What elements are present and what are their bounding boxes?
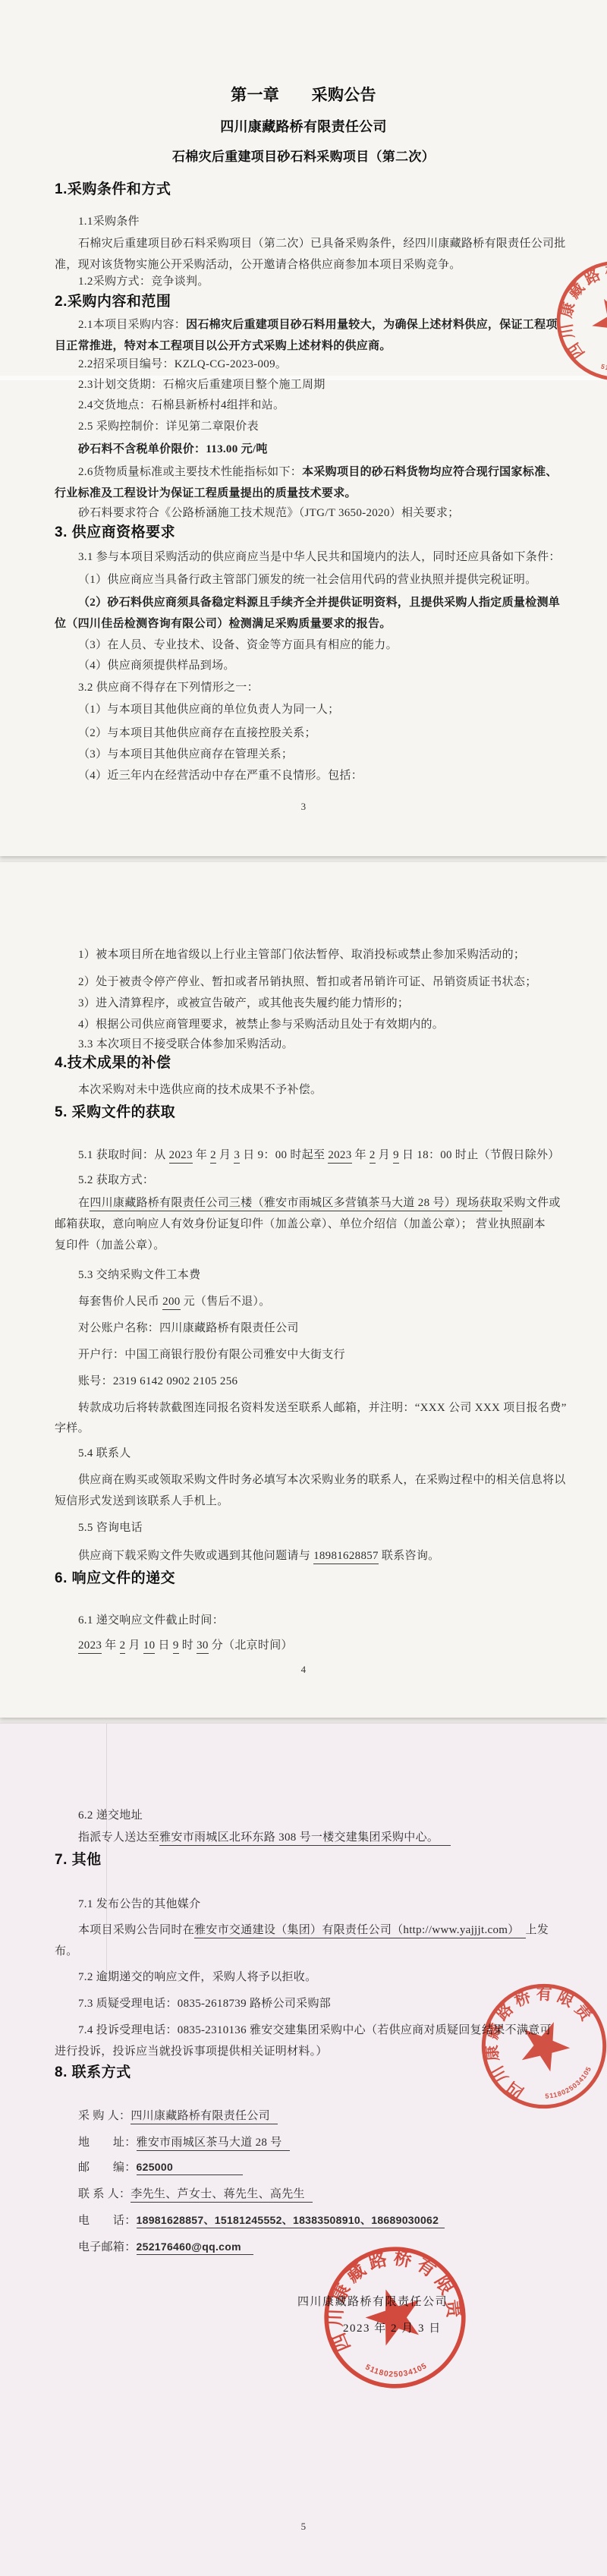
page-number-5: 5 <box>0 2519 607 2534</box>
clause-7-2: 7.2 逾期递交的响应文件，采购人将予以拒收。 <box>78 1970 316 1985</box>
document-fee-line: 每套售价人民币 200 元（售后不退）。 <box>78 1294 271 1310</box>
clause-2-1-line-1: 2.1本项目采购内容：因石棉灾后重建项目砂石料用量较大，为确保上述材料供应，保证… <box>78 317 558 332</box>
underlined-address: 四川康藏路桥有限责任公司三楼（雅安市雨城区多营镇茶马大道 28 号）现场获取 <box>90 1196 502 1211</box>
text-run: 本项目采购公告同时在 <box>78 1924 194 1936</box>
text-run: 时 <box>179 1639 197 1652</box>
clause-3-3: 3.3 本次项目不接受联合体参加采购活动。 <box>78 1037 294 1052</box>
clause-3-2: 3.2 供应商不得存在下列情形之一： <box>78 680 259 695</box>
project-title: 石棉灾后重建项目砂石料采购项目（第二次） <box>0 150 607 165</box>
contact-row-address: 地 址：雅安市雨城区茶马大道 28 号 <box>78 2135 290 2151</box>
clause-1-1-text-line-2: 准，现对该货物实施公开采购活动，公开邀请合格供应商参加本项目采购竞争。 <box>55 257 461 272</box>
page-3: 6.2 递交地址 指派专人送达至雅安市雨城区北环东路 308 号一楼交建集团采购… <box>0 1723 607 2576</box>
spec-requirement: 砂石料要求符合《公路桥涵施工技术规范》（JTG/T 3650-2020）相关要求… <box>78 505 459 521</box>
company-title: 四川康藏路桥有限责任公司 <box>0 119 607 134</box>
clause-5-5: 5.5 咨询电话 <box>78 1520 143 1535</box>
clause-5-1-obtain-time: 5.1 获取时间：从 2023 年 2 月 3 日 9：00 时起至 2023 … <box>78 1148 560 1164</box>
clause-5-2-text-line-1: 在四川康藏路桥有限责任公司三楼（雅安市雨城区多营镇茶马大道 28 号）现场获取采… <box>78 1195 561 1211</box>
transfer-note-line-2: 字样。 <box>55 1421 90 1436</box>
page-1: 第一章 采购公告 四川康藏路桥有限责任公司 石棉灾后重建项目砂石料采购项目（第二… <box>0 0 607 856</box>
section-2-heading: 2.采购内容和范围 <box>55 294 171 310</box>
text-run: 年 <box>352 1149 370 1161</box>
seal-star-icon <box>359 2281 429 2349</box>
clause-5-3: 5.3 交纳采购文件工本费 <box>78 1268 200 1283</box>
clause-3-1: 3.1 参与本项目采购活动的供应商应当是中华人民共和国境内的法人，同时还应具备如… <box>78 550 561 565</box>
clause-6-1: 6.1 递交响应文件截止时间： <box>78 1613 224 1628</box>
contact-label: 电子邮箱： <box>78 2241 137 2253</box>
contact-value: 四川康藏路桥有限责任公司 <box>131 2109 278 2124</box>
underlined-day: 9 <box>393 1148 399 1164</box>
deadline-line: 2023 年 2 月 10 日 9 时 30 分（北京时间） <box>78 1638 293 1654</box>
underlined-fee: 200 <box>162 1295 180 1310</box>
clause-2-2-project-code: 2.2招采项目编号：KZLQ-CG-2023-009。 <box>78 357 287 372</box>
section-7-heading: 7. 其他 <box>55 1853 102 1868</box>
clause-5-4: 5.4 联系人 <box>78 1446 131 1461</box>
section-8-heading: 8. 联系方式 <box>55 2065 131 2080</box>
page-number-3: 3 <box>0 799 607 814</box>
clause-5-4-text-line-2: 短信形式发送到该联系人手机上。 <box>55 1494 229 1509</box>
contact-value: 625000 <box>137 2160 243 2175</box>
clause-7-3-query-phone: 7.3 质疑受理电话：0835-2618739 路桥公司采购部 <box>78 1996 331 2011</box>
clause-5-4-text-line-1: 供应商在购买或领取采购文件时务必填写本次采购业务的联系人，在采购过程中的相关信息… <box>78 1472 566 1488</box>
text-run: 日 18：00 时止（节假日除外） <box>399 1149 560 1161</box>
text-run: 2.1本项目采购内容： <box>78 319 186 331</box>
svg-text:四川康藏路桥有限责任公司: 四川康藏路桥有限责任公司 <box>302 2225 469 2368</box>
text-run-bold: 本采购项目的砂石料货物均应符合现行国家标准、 <box>302 466 558 478</box>
contact-value: 李先生、芦女士、蒋先生、高先生 <box>131 2187 313 2203</box>
text-run: 供应商下载采购文件失败或遇到其他问题请与 <box>78 1550 313 1562</box>
transfer-note-line-1: 转款成功后将转款截图连同报名资料发送至联系人邮箱，并注明：“XXX 公司 XXX… <box>78 1400 567 1416</box>
restriction-item-1: （1）与本项目其他供应商的单位负责人为同一人； <box>78 702 339 717</box>
underlined-month: 2 <box>370 1148 376 1164</box>
text-run: 每套售价人民币 <box>78 1296 162 1308</box>
contact-value: 252176460@qq.com <box>137 2240 253 2255</box>
clause-6-2: 6.2 递交地址 <box>78 1808 143 1823</box>
underlined-delivery-address: 雅安市雨城区北环东路 308 号一楼交建集团采购中心。 <box>159 1831 451 1846</box>
delivery-address-line: 指派专人送达至雅安市雨城区北环东路 308 号一楼交建集团采购中心。 <box>78 1830 451 1846</box>
underlined-year: 2023 <box>78 1639 102 1654</box>
account-number-line: 账号：2319 6142 0902 2105 256 <box>78 1374 237 1389</box>
scanned-procurement-announcement: { "doc": { "stamp": { "arc_company": "四川… <box>0 0 607 2575</box>
bank-line: 开户行：中国工商银行股份有限公司雅安中大街支行 <box>78 1347 345 1362</box>
text-run: 年 <box>193 1149 210 1161</box>
text-run-bold: 因石棉灾后重建项目砂石料用量较大，为确保上述材料供应，保证工程项 <box>186 319 558 331</box>
media-line-1: 本项目采购公告同时在雅安市交通建设（集团）有限责任公司（http://www.y… <box>78 1923 549 1938</box>
clause-2-1-line-2: 目正常推进，特对本工程项目以公开方式采购上述材料的供应商。 <box>55 339 392 354</box>
clause-2-3-delivery-period: 2.3计划交货期：石棉灾后重建项目整个施工周期 <box>78 377 326 392</box>
restriction-item-4: （4）近三年内在经营活动中存在严重不良情形。包括： <box>78 768 363 783</box>
contact-row-purchaser: 采 购 人：四川康藏路桥有限责任公司 <box>78 2108 278 2124</box>
restriction-item-3: （3）与本项目其他供应商存在管理关系； <box>78 747 293 762</box>
seal-company-arc-text: 四川康藏路桥有限责任公司 <box>452 1954 601 2118</box>
svg-text:四川康藏路桥有限责任公司: 四川康藏路桥有限责任公司 <box>452 1954 601 2118</box>
text-run: 年 <box>102 1639 119 1652</box>
seal-company-arc-text: 四川康藏路桥有限责任公司 <box>302 2225 469 2368</box>
text-run: 采购文件或 <box>502 1197 561 1209</box>
text-run: 联系咨询。 <box>379 1550 440 1562</box>
clause-5-2-text-line-3: 复印件（加盖公章）。 <box>55 1238 165 1253</box>
text-run: 月 <box>125 1639 143 1652</box>
underlined-phone: 18981628857 <box>313 1549 379 1564</box>
contact-row-postcode: 邮 编：625000 <box>78 2160 243 2175</box>
clause-5-2-text-line-2: 邮箱获取，意向响应人有效身份证复印件（加盖公章）、单位介绍信（加盖公章）； 营业… <box>55 1217 546 1232</box>
page-number-4: 4 <box>0 1662 607 1677</box>
text-run: 月 <box>376 1149 393 1161</box>
contact-row-phones: 电 话：18981628857、15181245552、18383508910、… <box>78 2213 445 2228</box>
section-3-heading: 3. 供应商资格要求 <box>55 525 175 540</box>
bad-record-item-3: 3）进入清算程序，或被宣告破产，或其他丧失履约能力情形的； <box>78 996 409 1011</box>
clause-5-2: 5.2 获取方式： <box>78 1173 154 1188</box>
clause-7-1: 7.1 发布公告的其他媒介 <box>78 1897 200 1912</box>
seal-star-icon <box>583 287 607 350</box>
clause-1-2: 1.2采购方式：竞争谈判。 <box>78 274 209 289</box>
helpline-line: 供应商下载采购文件失败或遇到其他问题请与 18981628857 联系咨询。 <box>78 1548 439 1564</box>
chapter-title: 第一章 采购公告 <box>0 88 607 103</box>
text-run: 在 <box>78 1197 90 1209</box>
clause-1-1: 1.1采购条件 <box>78 214 140 229</box>
media-line-2: 布。 <box>55 1944 78 1959</box>
account-name-line: 对公账户名称：四川康藏路桥有限责任公司 <box>78 1321 299 1336</box>
section-1-heading: 1.采购条件和方式 <box>55 182 171 197</box>
contact-row-email: 电子邮箱：252176460@qq.com <box>78 2240 253 2255</box>
company-seal-mid: 四川康藏路桥有限责任公司 5118025034105 <box>452 1954 607 2138</box>
section-4-heading: 4.技术成果的补偿 <box>55 1056 171 1071</box>
contact-label: 邮 编： <box>78 2162 137 2174</box>
underlined-website: 雅安市交通建设（集团）有限责任公司（http://www.yajjjt.com） <box>194 1923 526 1938</box>
qualification-item-3: （3）在人员、专业技术、设备、资金等方面具有相应的能力。 <box>78 638 398 653</box>
clause-1-1-text-line-1: 石棉灾后重建项目砂石料采购项目（第二次）已具备采购条件，经四川康藏路桥有限责任公… <box>78 236 566 251</box>
section-5-heading: 5. 采购文件的获取 <box>55 1105 175 1120</box>
contact-row-persons: 联 系 人：李先生、芦女士、蒋先生、高先生 <box>78 2187 313 2203</box>
contact-value: 雅安市雨城区茶马大道 28 号 <box>137 2136 290 2151</box>
qualification-item-2-line-1: （2）砂石料供应商须具备稳定料源且手续齐全并提供证明资料，且提供采购人指定质量检… <box>78 595 560 610</box>
contact-label: 地 址： <box>78 2137 137 2149</box>
text-run: 5.1 获取时间：从 <box>78 1149 169 1161</box>
text-run: 月 <box>216 1149 234 1161</box>
underlined-minute: 30 <box>197 1639 209 1654</box>
company-seal-signature: 四川康藏路桥有限责任公司 5118025034105 <box>302 2225 489 2411</box>
underlined-day: 10 <box>143 1639 156 1654</box>
clause-2-6-line-2: 行业标准及工程设计为保证工程质量提出的质量技术要求。 <box>55 486 357 501</box>
clause-2-5-price-control: 2.5 采购控制价：详见第二章限价表 <box>78 419 259 434</box>
bad-record-item-4: 4）根据公司供应商管理要求，被禁止参与采购活动且处于有效期内的。 <box>78 1017 444 1032</box>
text-run: 日 9：00 时起至 <box>240 1149 328 1161</box>
contact-label: 电 话： <box>78 2215 137 2227</box>
qualification-item-4: （4）供应商须提供样品到场。 <box>78 658 235 673</box>
contact-label: 联 系 人： <box>78 2188 131 2200</box>
seal-ring <box>459 1961 607 2131</box>
clause-4-text: 本次采购对未中选供应商的技术成果不予补偿。 <box>78 1082 322 1097</box>
underlined-year: 2023 <box>169 1148 193 1164</box>
clause-7-4-line-2: 进行投诉，投诉应当就投诉事项提供相关证明材料。） <box>55 2044 328 2059</box>
text-run: 日 <box>155 1639 172 1652</box>
underlined-hour: 9 <box>173 1639 179 1654</box>
bad-record-item-1: 1）被本项目所在地省级以上行业主管部门依法暂停、取消投标或禁止参加采购活动的； <box>78 947 525 962</box>
text-run: 指派专人送达至 <box>78 1831 159 1844</box>
underlined-month: 2 <box>210 1148 216 1164</box>
qualification-item-1: （1）供应商应当具备行政主管部门颁发的统一社会信用代码的营业执照并提供完税证明。 <box>78 572 537 587</box>
contact-value: 18981628857、15181245552、18383508910、1868… <box>137 2213 445 2228</box>
page-2: 1）被本项目所在地省级以上行业主管部门依法暂停、取消投标或禁止参加采购活动的； … <box>0 862 607 1718</box>
contact-label: 采 购 人： <box>78 2110 131 2122</box>
underlined-year: 2023 <box>328 1148 351 1164</box>
text-run: 上发 <box>526 1924 549 1936</box>
text-run: 2.6货物质量标准或主要技术性能指标如下： <box>78 466 302 478</box>
text-run: 元（售后不退）。 <box>181 1296 271 1308</box>
section-6-heading: 6. 响应文件的递交 <box>55 1571 175 1586</box>
seal-star-icon <box>508 2011 577 2079</box>
price-limit-statement: 砂石料不含税单价限价：113.00 元/吨 <box>78 442 268 457</box>
bad-record-item-2: 2）处于被责令停产停业、暂扣或者吊销执照、暂扣或者吊销许可证、吊销资质证书状态； <box>78 975 537 990</box>
qualification-item-2-line-2: 位（四川佳岳检测咨询有限公司）检测满足采购质量要求的报告。 <box>55 616 392 631</box>
clause-2-6-line-1: 2.6货物质量标准或主要技术性能指标如下：本采购项目的砂石料货物均应符合现行国家… <box>78 464 558 480</box>
text-run: 分（北京时间） <box>209 1639 293 1652</box>
clause-2-4-delivery-place: 2.4交货地点：石棉县新桥村4组拌和站。 <box>78 398 285 413</box>
restriction-item-2: （2）与本项目其他供应商存在直接控股关系； <box>78 726 316 741</box>
